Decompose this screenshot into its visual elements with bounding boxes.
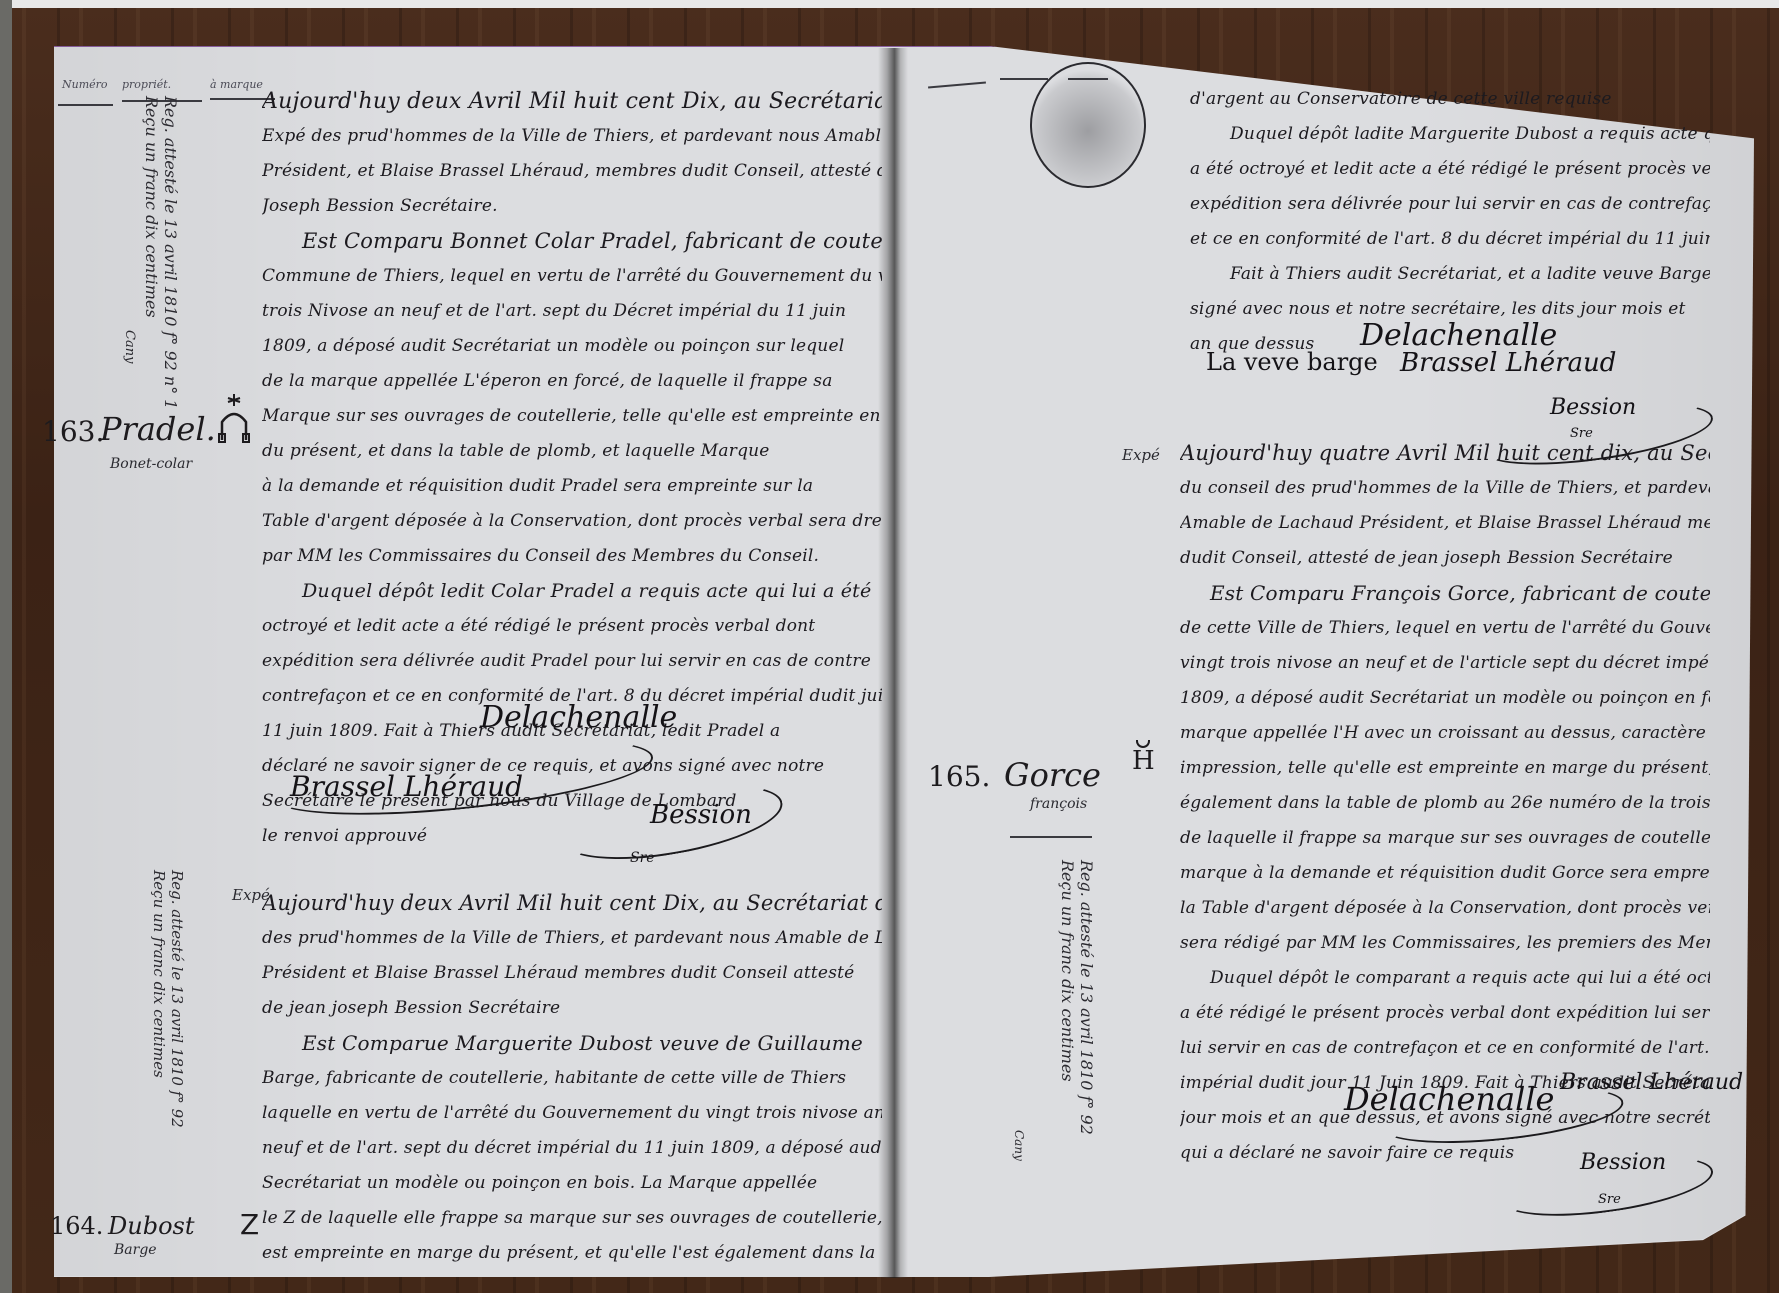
text-line: sera rédigé par MM les Commissaires, les… (1180, 926, 1710, 961)
text-line: a été octroyé et ledit acte a été rédigé… (1190, 152, 1710, 187)
text-line: marque à la demande et réquisition dudit… (1180, 856, 1710, 891)
vertical-note-line: Reçu un franc dix centimes (142, 96, 161, 386)
vertical-note-initials: Cany (1012, 1130, 1026, 1161)
header-rule (1000, 78, 1048, 80)
text-line: Duquel dépôt ledit Colar Pradel a requis… (262, 574, 882, 609)
vertical-note-line: Reçu un franc dix centimes (150, 870, 168, 1190)
text-line: vingt trois nivose an neuf et de l'artic… (1180, 646, 1710, 681)
signature-delachenalle: Delachenalle (480, 700, 677, 735)
text-line: laquelle en vertu de l'arrêté du Gouvern… (262, 1096, 882, 1131)
text-line: Est Comparue Marguerite Dubost veuve de … (262, 1026, 882, 1061)
entry-subtitle-barge: Barge (114, 1242, 157, 1258)
text-line: Commune de Thiers, lequel en vertu de l'… (262, 259, 882, 294)
entry-164-text: Aujourd'huy deux Avril Mil huit cent Dix… (262, 886, 882, 1271)
text-line: marque appellée l'H avec un croissant au… (1180, 716, 1710, 751)
text-line: à la demande et réquisition dudit Pradel… (262, 469, 882, 504)
entry-165-text: Aujourd'huy quatre Avril Mil huit cent d… (1180, 436, 1710, 1171)
vertical-registration-note: Reg. attesté le 13 avril 1810 f° 92 n° 1… (142, 96, 180, 386)
text-line: du conseil des prud'hommes de la Ville d… (1180, 471, 1710, 506)
text-line: Amable de Lachaud Président, et Blaise B… (1180, 506, 1710, 541)
text-line: la Table d'argent déposée à la Conservat… (1180, 891, 1710, 926)
text-line: Table d'argent déposée à la Conservation… (262, 504, 882, 539)
text-line: Joseph Bession Secrétaire. (262, 189, 882, 224)
signature-brassel-lheraud: Brassel Lhéraud (1400, 348, 1616, 378)
text-line: de jean joseph Bession Secrétaire (262, 991, 882, 1026)
text-line: lui servir en cas de contrefaçon et ce e… (1180, 1031, 1710, 1066)
photo-border-left (0, 0, 12, 1293)
entry-subtitle-bonet-colar: Bonet-colar (110, 456, 192, 472)
text-line: Est Comparu François Gorce, fabricant de… (1180, 576, 1710, 611)
text-line: neuf et de l'art. sept du décret impéria… (262, 1131, 882, 1166)
entry-name-gorce: Gorce (1004, 756, 1101, 794)
text-line: Barge, fabricante de coutellerie, habita… (262, 1061, 882, 1096)
margin-header-mark: à marque (210, 78, 263, 91)
vertical-note-initials: Cany (122, 330, 137, 363)
text-line: et ce en conformité de l'art. 8 du décre… (1190, 222, 1710, 257)
text-line: est empreinte en marge du présent, et qu… (262, 1236, 882, 1271)
text-line: expédition sera délivrée audit Pradel po… (262, 644, 882, 679)
text-line: trois Nivose an neuf et de l'art. sept d… (262, 294, 882, 329)
text-line: des prud'hommes de la Ville de Thiers, e… (262, 921, 882, 956)
photo-border-top (0, 0, 1779, 8)
text-line: 1809, a déposé audit Secrétariat un modè… (1180, 681, 1710, 716)
text-line: également dans la table de plomb au 26e … (1180, 786, 1710, 821)
text-line: 1809, a déposé audit Secrétariat un modè… (262, 329, 882, 364)
vertical-registration-note-2: Reg. attesté le 13 avril 1810 f° 92 Reçu… (150, 870, 186, 1190)
text-line: Secrétariat un modèle ou poinçon en bois… (262, 1166, 882, 1201)
text-line: Fait à Thiers audit Secrétariat, et a la… (1190, 257, 1710, 292)
text-line: Président, et Blaise Brassel Lhéraud, me… (262, 154, 882, 189)
text-line: expédition sera délivrée pour lui servir… (1190, 187, 1710, 222)
vertical-note-line: Reg. attesté le 13 avril 1810 f° 92 (1077, 860, 1096, 1160)
text-line: octroyé et ledit acte a été rédigé le pr… (262, 609, 882, 644)
text-line: d'argent au Conservatoire de cette ville… (1190, 82, 1710, 117)
copy-annotation: Expé (1122, 446, 1160, 464)
text-line: Marque sur ses ouvrages de coutellerie, … (262, 399, 882, 434)
entry-number-163: 163. (42, 415, 104, 448)
text-line: a été rédigé le présent procès verbal do… (1180, 996, 1710, 1031)
text-line: Est Comparu Bonnet Colar Pradel, fabrica… (262, 224, 882, 259)
entry-subtitle-francois: françois (1030, 796, 1087, 812)
embossed-seal-stamp (1030, 62, 1146, 188)
h-crescent-mark-icon: H (1132, 740, 1152, 780)
vertical-note-line: Reg. attesté le 13 avril 1810 f° 92 (168, 870, 186, 1190)
entry-name-dubost: Dubost (108, 1212, 194, 1240)
book-spine-gutter (878, 48, 908, 1278)
text-line: Aujourd'huy quatre Avril Mil huit cent d… (1180, 436, 1710, 471)
margin-header-number: Numéro (62, 78, 108, 91)
text-line: par MM les Commissaires du Conseil des M… (262, 539, 882, 574)
text-line: impression, telle qu'elle est empreinte … (1180, 751, 1710, 786)
text-line: dudit Conseil, attesté de jean joseph Be… (1180, 541, 1710, 576)
vertical-note-line: Reçu un franc dix centimes (1058, 860, 1077, 1160)
text-line: du présent, et dans la table de plomb, e… (262, 434, 882, 469)
header-rule (58, 104, 113, 106)
entry-number-165: 165. (928, 760, 990, 793)
text-line: Expé des prud'hommes de la Ville de Thie… (262, 119, 882, 154)
text-line: Duquel dépôt le comparant a requis acte … (1180, 961, 1710, 996)
z-mark-icon: Z (240, 1208, 259, 1241)
entry-rule (1010, 836, 1092, 838)
text-line: Président et Blaise Brassel Lhéraud memb… (262, 956, 882, 991)
text-line: le Z de laquelle elle frappe sa marque s… (262, 1201, 882, 1236)
text-line: de la marque appellée L'éperon en forcé,… (262, 364, 882, 399)
entry-name-pradel: Pradel. (100, 410, 216, 448)
text-line: de cette Ville de Thiers, lequel en vert… (1180, 611, 1710, 646)
text-line: Aujourd'huy deux Avril Mil huit cent Dix… (262, 84, 882, 119)
vertical-registration-note-3: Reg. attesté le 13 avril 1810 f° 92 Reçu… (1058, 860, 1096, 1160)
signature-veuve-barge: La veve barge (1206, 348, 1378, 376)
vertical-note-line: Reg. attesté le 13 avril 1810 f° 92 n° 1 (161, 96, 180, 386)
text-line: Duquel dépôt ladite Marguerite Dubost a … (1190, 117, 1710, 152)
h-mark-letter: H (1132, 746, 1155, 776)
entry-number-164: 164. (50, 1212, 103, 1240)
spur-mark-icon (216, 390, 252, 450)
text-line: Aujourd'huy deux Avril Mil huit cent Dix… (262, 886, 882, 921)
text-line: de laquelle il frappe sa marque sur ses … (1180, 821, 1710, 856)
margin-header-owner: propriét. (122, 78, 171, 91)
